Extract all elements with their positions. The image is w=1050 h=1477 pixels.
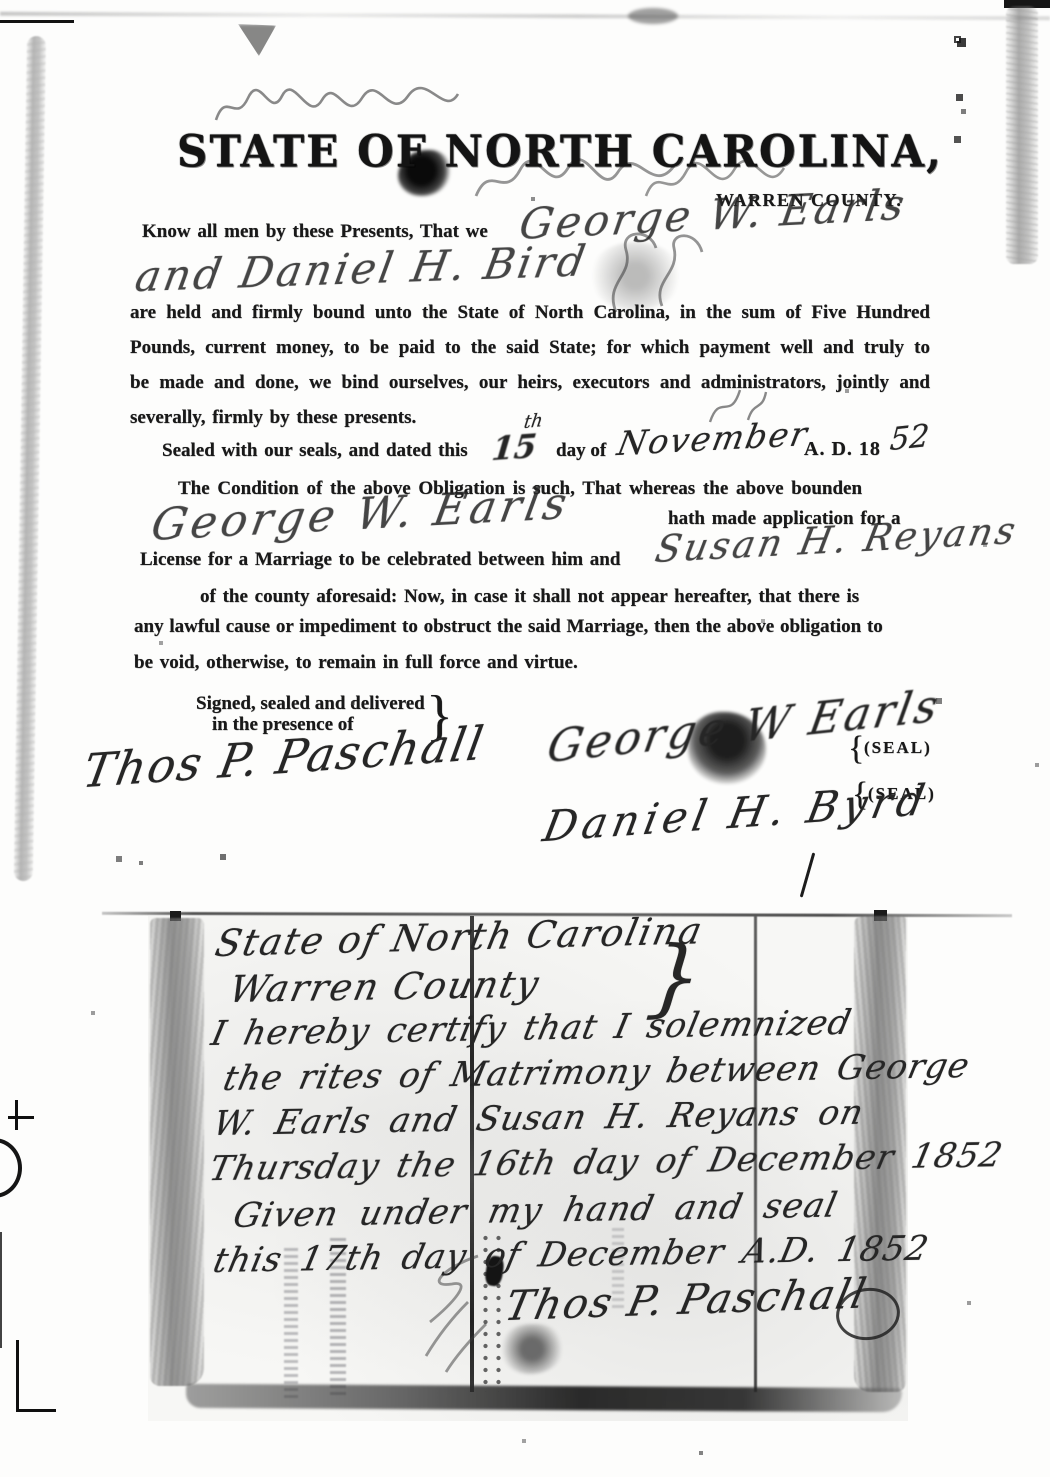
bond-body-line: are held and firmly bound unto the State…: [130, 302, 930, 324]
month-handwritten: November: [614, 414, 812, 463]
margin-arc-mark: [0, 1138, 22, 1198]
day-of-printed: day of: [556, 440, 606, 462]
year-handwritten: 52: [889, 418, 931, 459]
year-printed: A. D. 18: [804, 438, 881, 461]
day-handwritten: 15: [490, 427, 538, 468]
top-edge-shadow-line: [0, 12, 1050, 21]
impediment-line: any lawful cause or impediment to obstru…: [134, 616, 883, 638]
certificate-left-band: [150, 918, 204, 1386]
dust-specks: [0, 0, 2, 2]
ghost-ink-smear: [588, 242, 683, 310]
top-triangle-smudge: [238, 24, 276, 56]
top-mid-smudge: [628, 8, 678, 24]
surety-name-handwritten: and Daniel H. Bird: [132, 236, 592, 301]
bond-body-line: be made and done, we bind ourselves, our…: [130, 372, 930, 394]
top-left-black-line: [0, 20, 74, 23]
scanned-marriage-bond-page: STATE OF NORTH CAROLINA, WARREN COUNTY. …: [0, 0, 1050, 1477]
bond-body-line: severally, firmly by these presents.: [130, 407, 416, 429]
margin-L-mark-vertical: [16, 1340, 19, 1412]
aforesaid-line: of the county aforesaid: Now, in case it…: [200, 586, 859, 608]
right-margin-ink-flecks: [956, 38, 959, 41]
bond-know-line: Know all men by these Presents, That we: [142, 221, 488, 243]
seal-brace: {: [848, 730, 864, 768]
seal-label: (SEAL): [864, 738, 932, 758]
bondsman-signature: Daniel H. Byrd: [539, 775, 933, 852]
void-line: be void, otherwise, to remain in full fo…: [134, 652, 578, 674]
bond-body-line: Pounds, current money, to be paid to the…: [130, 337, 930, 359]
certificate-bottom-band: [186, 1384, 902, 1412]
sealed-line-prefix: Sealed with our seals, and dated this: [162, 440, 468, 462]
left-edge-streak: [14, 36, 46, 881]
margin-vertical-line: [0, 1232, 2, 1348]
signed-sealed-line: Signed, sealed and delivered: [196, 693, 425, 715]
license-line: License for a Marriage to be celebrated …: [140, 549, 620, 571]
margin-cross-mark-vertical: [15, 1100, 18, 1130]
certificate-county-line: Warren County: [225, 963, 544, 1012]
day-ordinal-handwritten: th: [522, 410, 544, 433]
margin-cross-mark-horizontal: [8, 1116, 34, 1119]
margin-L-mark-horizontal: [16, 1409, 56, 1412]
pen-stroke-mark: [800, 852, 816, 897]
bond-title: STATE OF NORTH CAROLINA,: [98, 126, 1022, 178]
